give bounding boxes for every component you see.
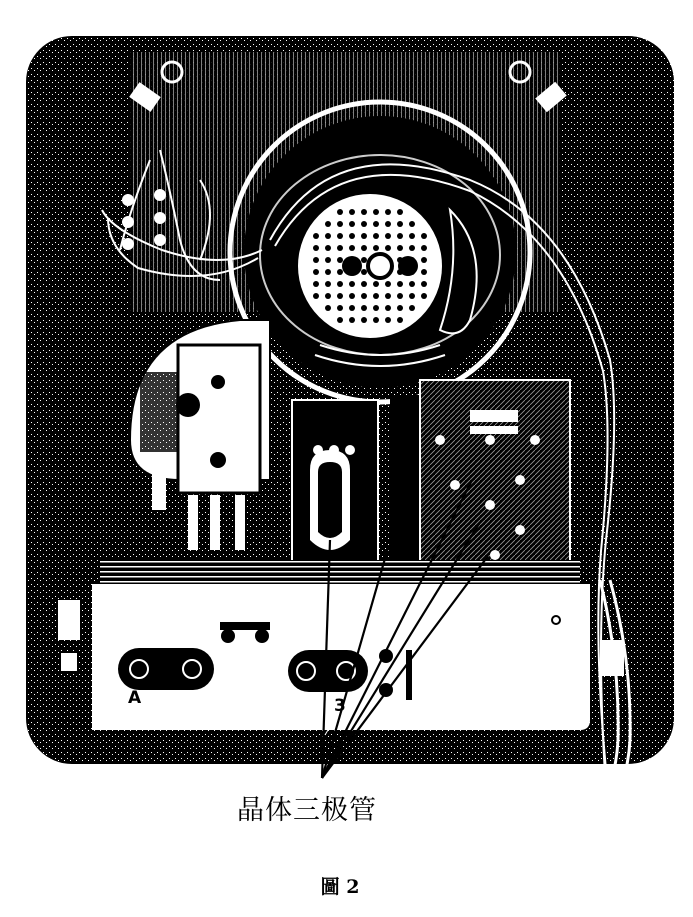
transistor-holder [292, 395, 420, 575]
circuit-board [420, 380, 570, 580]
panel-mark-3: 3 [334, 696, 346, 716]
speaker [230, 102, 530, 402]
radio-illustration [0, 0, 693, 917]
chassis-edge [100, 560, 580, 584]
radio-interior-figure: A 3 晶体三极管 圖 2 [0, 0, 693, 917]
jack-socket-a [118, 648, 214, 690]
transistor-caption: 晶体三极管 [212, 788, 402, 827]
panel-mark-a: A [128, 688, 141, 708]
figure-number: 圖 2 [300, 872, 380, 899]
